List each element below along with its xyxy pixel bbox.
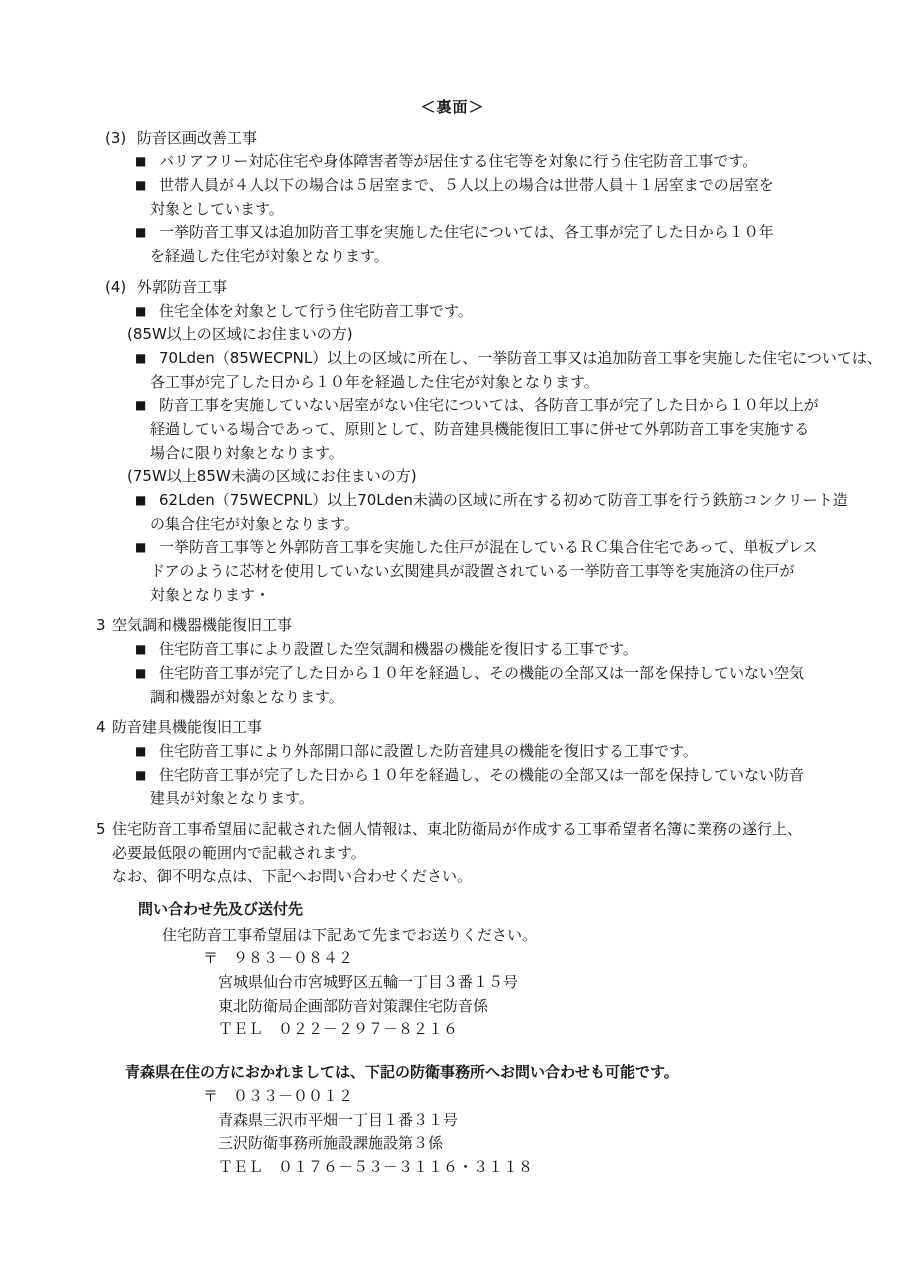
section-heading-text: 外郭防音工事 xyxy=(137,278,227,296)
continuation-line: を経過した住宅が対象となります。 xyxy=(0,245,905,269)
continuation-line: 対象としています。 xyxy=(0,198,905,222)
tel-line: ＴＥＬ ０１７６－５３－３１１６・３１１８ xyxy=(0,1156,905,1180)
section-paragraph: 5住宅防音工事希望届に記載された個人情報は、東北防衛局が作成する工事希望者名簿に… xyxy=(0,818,905,842)
continuation-line-text: の集合住宅が対象となります。 xyxy=(150,515,359,533)
bullet-item-line: ■世帯人員が４人以下の場合は５居室まで、５人以上の場合は世帯人員＋１居室までの居… xyxy=(0,174,905,198)
bullet-item-line: ■62Lden（75WECPNL）以上70Lden未満の区域に所在する初めて防音… xyxy=(0,489,905,513)
continuation-line: 対象となります・ xyxy=(0,584,905,608)
postal-line-text: 〒 ０３３－００１２ xyxy=(203,1087,353,1105)
postal-line: 〒 ０３３－００１２ xyxy=(0,1085,905,1109)
address-line-text: 東北防衛局企画部防音対策課住宅防音係 xyxy=(218,997,488,1015)
continuation-line-text: 対象となります・ xyxy=(150,586,270,604)
bullet-item-line-text: 住宅全体を対象として行う住宅防音工事です。 xyxy=(159,302,473,320)
zone-note-line-text: (85W以上の区域にお住まいの方) xyxy=(127,325,353,343)
continuation-line-text: 各工事が完了した日から１０年を経過した住宅が対象となります。 xyxy=(150,373,599,391)
contact-subheading: 住宅防音工事希望届は下記あて先までお送りください。 xyxy=(0,924,905,948)
continuation-line: ドアのように芯材を使用していない玄関建具が設置されている一挙防音工事等を実施済の… xyxy=(0,560,905,584)
paragraph-line-text: なお、御不明な点は、下記へお問い合わせください。 xyxy=(112,867,472,885)
address-line-text: 三沢防衛事務所施設課施設第３係 xyxy=(218,1134,443,1152)
section-heading-text: 防音区画改善工事 xyxy=(137,129,257,147)
continuation-line: 場合に限り対象となります。 xyxy=(0,442,905,466)
bullet-item-line: ■住宅防音工事により設置した空気調和機器の機能を復旧する工事です。 xyxy=(0,638,905,662)
continuation-line-text: 調和機器が対象となります。 xyxy=(150,688,344,706)
bullet-square-icon: ■ xyxy=(135,489,159,513)
document-body-wrapper: ＜裏面＞ (3)防音区画改善工事■バリアフリー対応住宅や身体障害者等が居住する住… xyxy=(0,0,905,1180)
tel-line-text: ＴＥＬ ０２２－２９７－８２１６ xyxy=(218,1020,458,1038)
bullet-square-icon: ■ xyxy=(135,221,159,245)
contact-heading: 青森県在住の方におかれましては、下記の防衛事務所へお問い合わせも可能です。 xyxy=(0,1061,905,1085)
bullet-square-icon: ■ xyxy=(135,174,159,198)
bullet-square-icon: ■ xyxy=(135,740,159,764)
bullet-item-line: ■バリアフリー対応住宅や身体障害者等が居住する住宅等を対象に行う住宅防音工事です… xyxy=(0,150,905,174)
address-line: 東北防衛局企画部防音対策課住宅防音係 xyxy=(0,995,905,1019)
bullet-square-icon: ■ xyxy=(135,300,159,324)
zone-note-line: (85W以上の区域にお住まいの方) xyxy=(0,323,905,347)
zone-note-line-text: (75W以上85W未満の区域にお住まいの方) xyxy=(127,467,417,485)
continuation-line-text: を経過した住宅が対象となります。 xyxy=(150,247,389,265)
postal-line: 〒 ９８３－０８４２ xyxy=(0,947,905,971)
section-paragraph-number: 5 xyxy=(96,818,112,842)
address-line: 宮城県仙台市宮城野区五輪一丁目３番１５号 xyxy=(0,971,905,995)
document-page: ＜裏面＞ (3)防音区画改善工事■バリアフリー対応住宅や身体障害者等が居住する住… xyxy=(0,0,905,1280)
bullet-item-line-text: 住宅防音工事により設置した空気調和機器の機能を復旧する工事です。 xyxy=(159,640,638,658)
bullet-item-line: ■70Lden（85WECPNL）以上の区域に所在し、一挙防音工事又は追加防音工… xyxy=(0,347,905,371)
bullet-item-line-text: 70Lden（85WECPNL）以上の区域に所在し、一挙防音工事又は追加防音工事… xyxy=(159,349,882,367)
document-body: (3)防音区画改善工事■バリアフリー対応住宅や身体障害者等が居住する住宅等を対象… xyxy=(0,127,905,1180)
bullet-item-line: ■住宅全体を対象として行う住宅防音工事です。 xyxy=(0,300,905,324)
contact-heading-text: 青森県在住の方におかれましては、下記の防衛事務所へお問い合わせも可能です。 xyxy=(125,1063,679,1081)
page-title: ＜裏面＞ xyxy=(0,96,905,120)
section-heading-text: 空気調和機器機能復旧工事 xyxy=(112,616,292,634)
bullet-item-line-text: 住宅防音工事が完了した日から１０年を経過し、その機能の全部又は一部を保持していな… xyxy=(159,664,804,682)
bullet-item-line: ■防音工事を実施していない居室がない住宅については、各防音工事が完了した日から１… xyxy=(0,394,905,418)
bullet-item-line: ■一挙防音工事又は追加防音工事を実施した住宅については、各工事が完了した日から１… xyxy=(0,221,905,245)
contact-heading: 問い合わせ先及び送付先 xyxy=(0,898,905,922)
bullet-square-icon: ■ xyxy=(135,347,159,371)
continuation-line: の集合住宅が対象となります。 xyxy=(0,513,905,537)
section-paragraph-text: 住宅防音工事希望届に記載された個人情報は、東北防衛局が作成する工事希望者名簿に業… xyxy=(112,820,802,838)
continuation-line-text: 経過している場合であって、原則として、防音建具機能復旧工事に併せて外郭防音工事を… xyxy=(150,420,809,438)
section-heading-number: 3 xyxy=(96,614,112,638)
paragraph-line: なお、御不明な点は、下記へお問い合わせください。 xyxy=(0,865,905,889)
paragraph-line-text: 必要最低限の範囲内で記載されます。 xyxy=(112,844,366,862)
section-heading: 4防音建具機能復旧工事 xyxy=(0,716,905,740)
section-heading: (3)防音区画改善工事 xyxy=(0,127,905,151)
tel-line: ＴＥＬ ０２２－２９７－８２１６ xyxy=(0,1018,905,1042)
zone-note-line: (75W以上85W未満の区域にお住まいの方) xyxy=(0,465,905,489)
continuation-line: 各工事が完了した日から１０年を経過した住宅が対象となります。 xyxy=(0,371,905,395)
bullet-square-icon: ■ xyxy=(135,150,159,174)
section-heading-text: 防音建具機能復旧工事 xyxy=(112,718,262,736)
address-line-text: 宮城県仙台市宮城野区五輪一丁目３番１５号 xyxy=(218,973,518,991)
bullet-item-line-text: 62Lden（75WECPNL）以上70Lden未満の区域に所在する初めて防音工… xyxy=(159,491,848,509)
section-heading: 3空気調和機器機能復旧工事 xyxy=(0,614,905,638)
address-line-text: 青森県三沢市平畑一丁目１番３１号 xyxy=(218,1111,458,1129)
tel-line-text: ＴＥＬ ０１７６－５３－３１１６・３１１８ xyxy=(218,1158,533,1176)
continuation-line: 調和機器が対象となります。 xyxy=(0,686,905,710)
bullet-item-line-text: 世帯人員が４人以下の場合は５居室まで、５人以上の場合は世帯人員＋１居室までの居室… xyxy=(159,176,774,194)
section-heading: (4)外郭防音工事 xyxy=(0,276,905,300)
address-line: 三沢防衛事務所施設課施設第３係 xyxy=(0,1132,905,1156)
bullet-item-line-text: 一挙防音工事又は追加防音工事を実施した住宅については、各工事が完了した日から１０… xyxy=(159,223,774,241)
bullet-item-line-text: バリアフリー対応住宅や身体障害者等が居住する住宅等を対象に行う住宅防音工事です。 xyxy=(159,152,757,170)
continuation-line-text: ドアのように芯材を使用していない玄関建具が設置されている一挙防音工事等を実施済の… xyxy=(150,562,795,580)
continuation-line: 経過している場合であって、原則として、防音建具機能復旧工事に併せて外郭防音工事を… xyxy=(0,418,905,442)
continuation-line-text: 建具が対象となります。 xyxy=(150,789,314,807)
bullet-item-line: ■一挙防音工事等と外郭防音工事を実施した住戸が混在しているＲＣ集合住宅であって、… xyxy=(0,536,905,560)
continuation-line: 建具が対象となります。 xyxy=(0,787,905,811)
bullet-square-icon: ■ xyxy=(135,638,159,662)
address-line: 青森県三沢市平畑一丁目１番３１号 xyxy=(0,1109,905,1133)
contact-subheading-text: 住宅防音工事希望届は下記あて先までお送りください。 xyxy=(162,926,537,944)
bullet-square-icon: ■ xyxy=(135,662,159,686)
bullet-item-line-text: 住宅防音工事が完了した日から１０年を経過し、その機能の全部又は一部を保持していな… xyxy=(159,766,804,784)
section-heading-number: (3) xyxy=(105,127,137,151)
postal-line-text: 〒 ９８３－０８４２ xyxy=(203,949,353,967)
bullet-square-icon: ■ xyxy=(135,764,159,788)
contact-heading-text: 問い合わせ先及び送付先 xyxy=(138,900,303,918)
bullet-item-line: ■住宅防音工事が完了した日から１０年を経過し、その機能の全部又は一部を保持してい… xyxy=(0,764,905,788)
bullet-square-icon: ■ xyxy=(135,536,159,560)
continuation-line-text: 対象としています。 xyxy=(150,200,284,218)
bullet-item-line-text: 一挙防音工事等と外郭防音工事を実施した住戸が混在しているＲＣ集合住宅であって、単… xyxy=(159,538,818,556)
bullet-item-line: ■住宅防音工事が完了した日から１０年を経過し、その機能の全部又は一部を保持してい… xyxy=(0,662,905,686)
continuation-line-text: 場合に限り対象となります。 xyxy=(150,444,344,462)
bullet-item-line: ■住宅防音工事により外部開口部に設置した防音建具の機能を復旧する工事です。 xyxy=(0,740,905,764)
section-heading-number: (4) xyxy=(105,276,137,300)
paragraph-line: 必要最低限の範囲内で記載されます。 xyxy=(0,842,905,866)
bullet-item-line-text: 住宅防音工事により外部開口部に設置した防音建具の機能を復旧する工事です。 xyxy=(159,742,698,760)
bullet-item-line-text: 防音工事を実施していない居室がない住宅については、各防音工事が完了した日から１０… xyxy=(159,396,819,414)
bullet-square-icon: ■ xyxy=(135,394,159,418)
section-heading-number: 4 xyxy=(96,716,112,740)
